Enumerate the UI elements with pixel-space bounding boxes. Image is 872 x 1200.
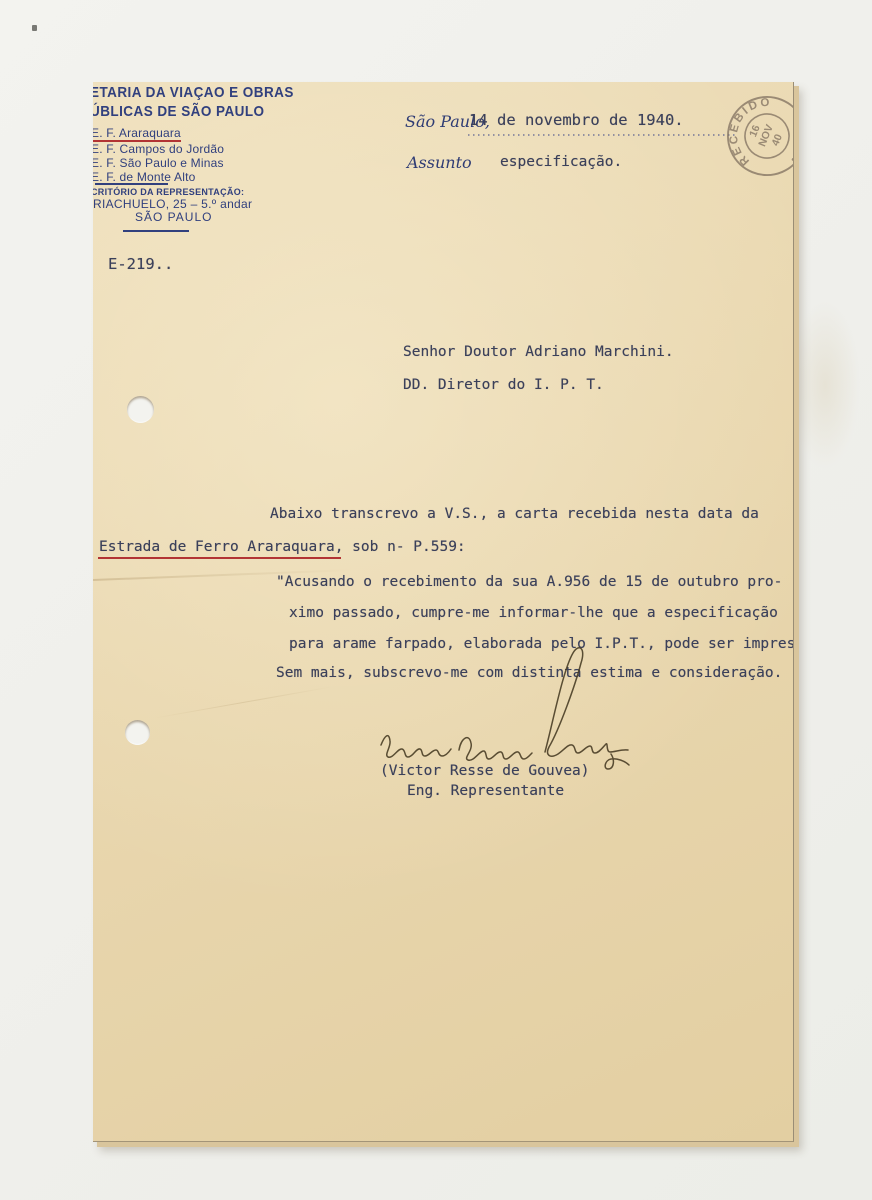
letterhead-org-line2: ÚBLICAS DE SÃO PAULO [93,103,265,120]
punch-hole-bottom [125,720,150,745]
subject-label: Assunto [407,153,472,172]
letterhead-office-label: CRITÓRIO DA REPRESENTAÇÃO: [93,187,244,197]
dateline-date: 14 de novembro de 1940. [469,111,684,129]
reference-number: E-219.. [108,255,173,273]
letterhead-divider-bottom [123,230,189,232]
quote-line2: ximo passado, cumpre-me informar-lhe que… [289,605,778,621]
recipient-line1: Senhor Doutor Adriano Marchini. [403,344,674,360]
dateline-dotted-leader [468,134,736,136]
letterhead-railway-1: E. F. Araraquara [93,126,181,142]
scanner-background: ETARIA DA VIAÇAO E OBRAS ÚBLICAS DE SÃO … [0,0,872,1200]
signature-typed-name: (Victor Resse de Gouvea) [380,763,590,779]
body-paragraph1-line2: Estrada de Ferro Araraquara, sob n- P.55… [99,539,466,555]
signature-handwriting [363,642,663,782]
recipient-line2: DD. Diretor do I. P. T. [403,377,604,393]
body-line2-rest: sob n- P.559: [343,539,465,555]
stamp-dot-left [791,158,794,162]
letterhead-railway-2: E. F. Campos do Jordão [93,142,224,156]
body-paragraph1-line1: Abaixo transcrevo a V.S., a carta recebi… [270,506,759,522]
quote-line1: "Acusando o recebimento da sua A.956 de … [276,574,782,590]
punch-hole-top [127,396,154,423]
paper-crease-2 [154,686,331,718]
red-underline-railway [98,557,341,559]
letterhead-address-line2: SÃO PAULO [135,210,212,224]
letterhead-railway-3: E. F. São Paulo e Minas [93,156,224,170]
letterhead-address-line1: RIACHUELO, 25 – 5.º andar [93,197,252,211]
scan-speck [32,25,37,31]
letterhead-org-line1: ETARIA DA VIAÇAO E OBRAS [93,84,294,101]
received-stamp: RECEBIDO 16 NOV 40 [705,82,794,198]
letterhead-divider-top [95,183,168,185]
signature-title: Eng. Representante [407,783,564,799]
subject-value: especificação. [500,154,622,170]
received-stamp-graphic: RECEBIDO 16 NOV 40 [705,82,794,198]
signature-strokes [363,642,663,782]
letter-page: ETARIA DA VIAÇAO E OBRAS ÚBLICAS DE SÃO … [93,82,794,1142]
underlined-railway-name: Estrada de Ferro Araraquara, [99,539,343,555]
background-stain [790,300,860,470]
